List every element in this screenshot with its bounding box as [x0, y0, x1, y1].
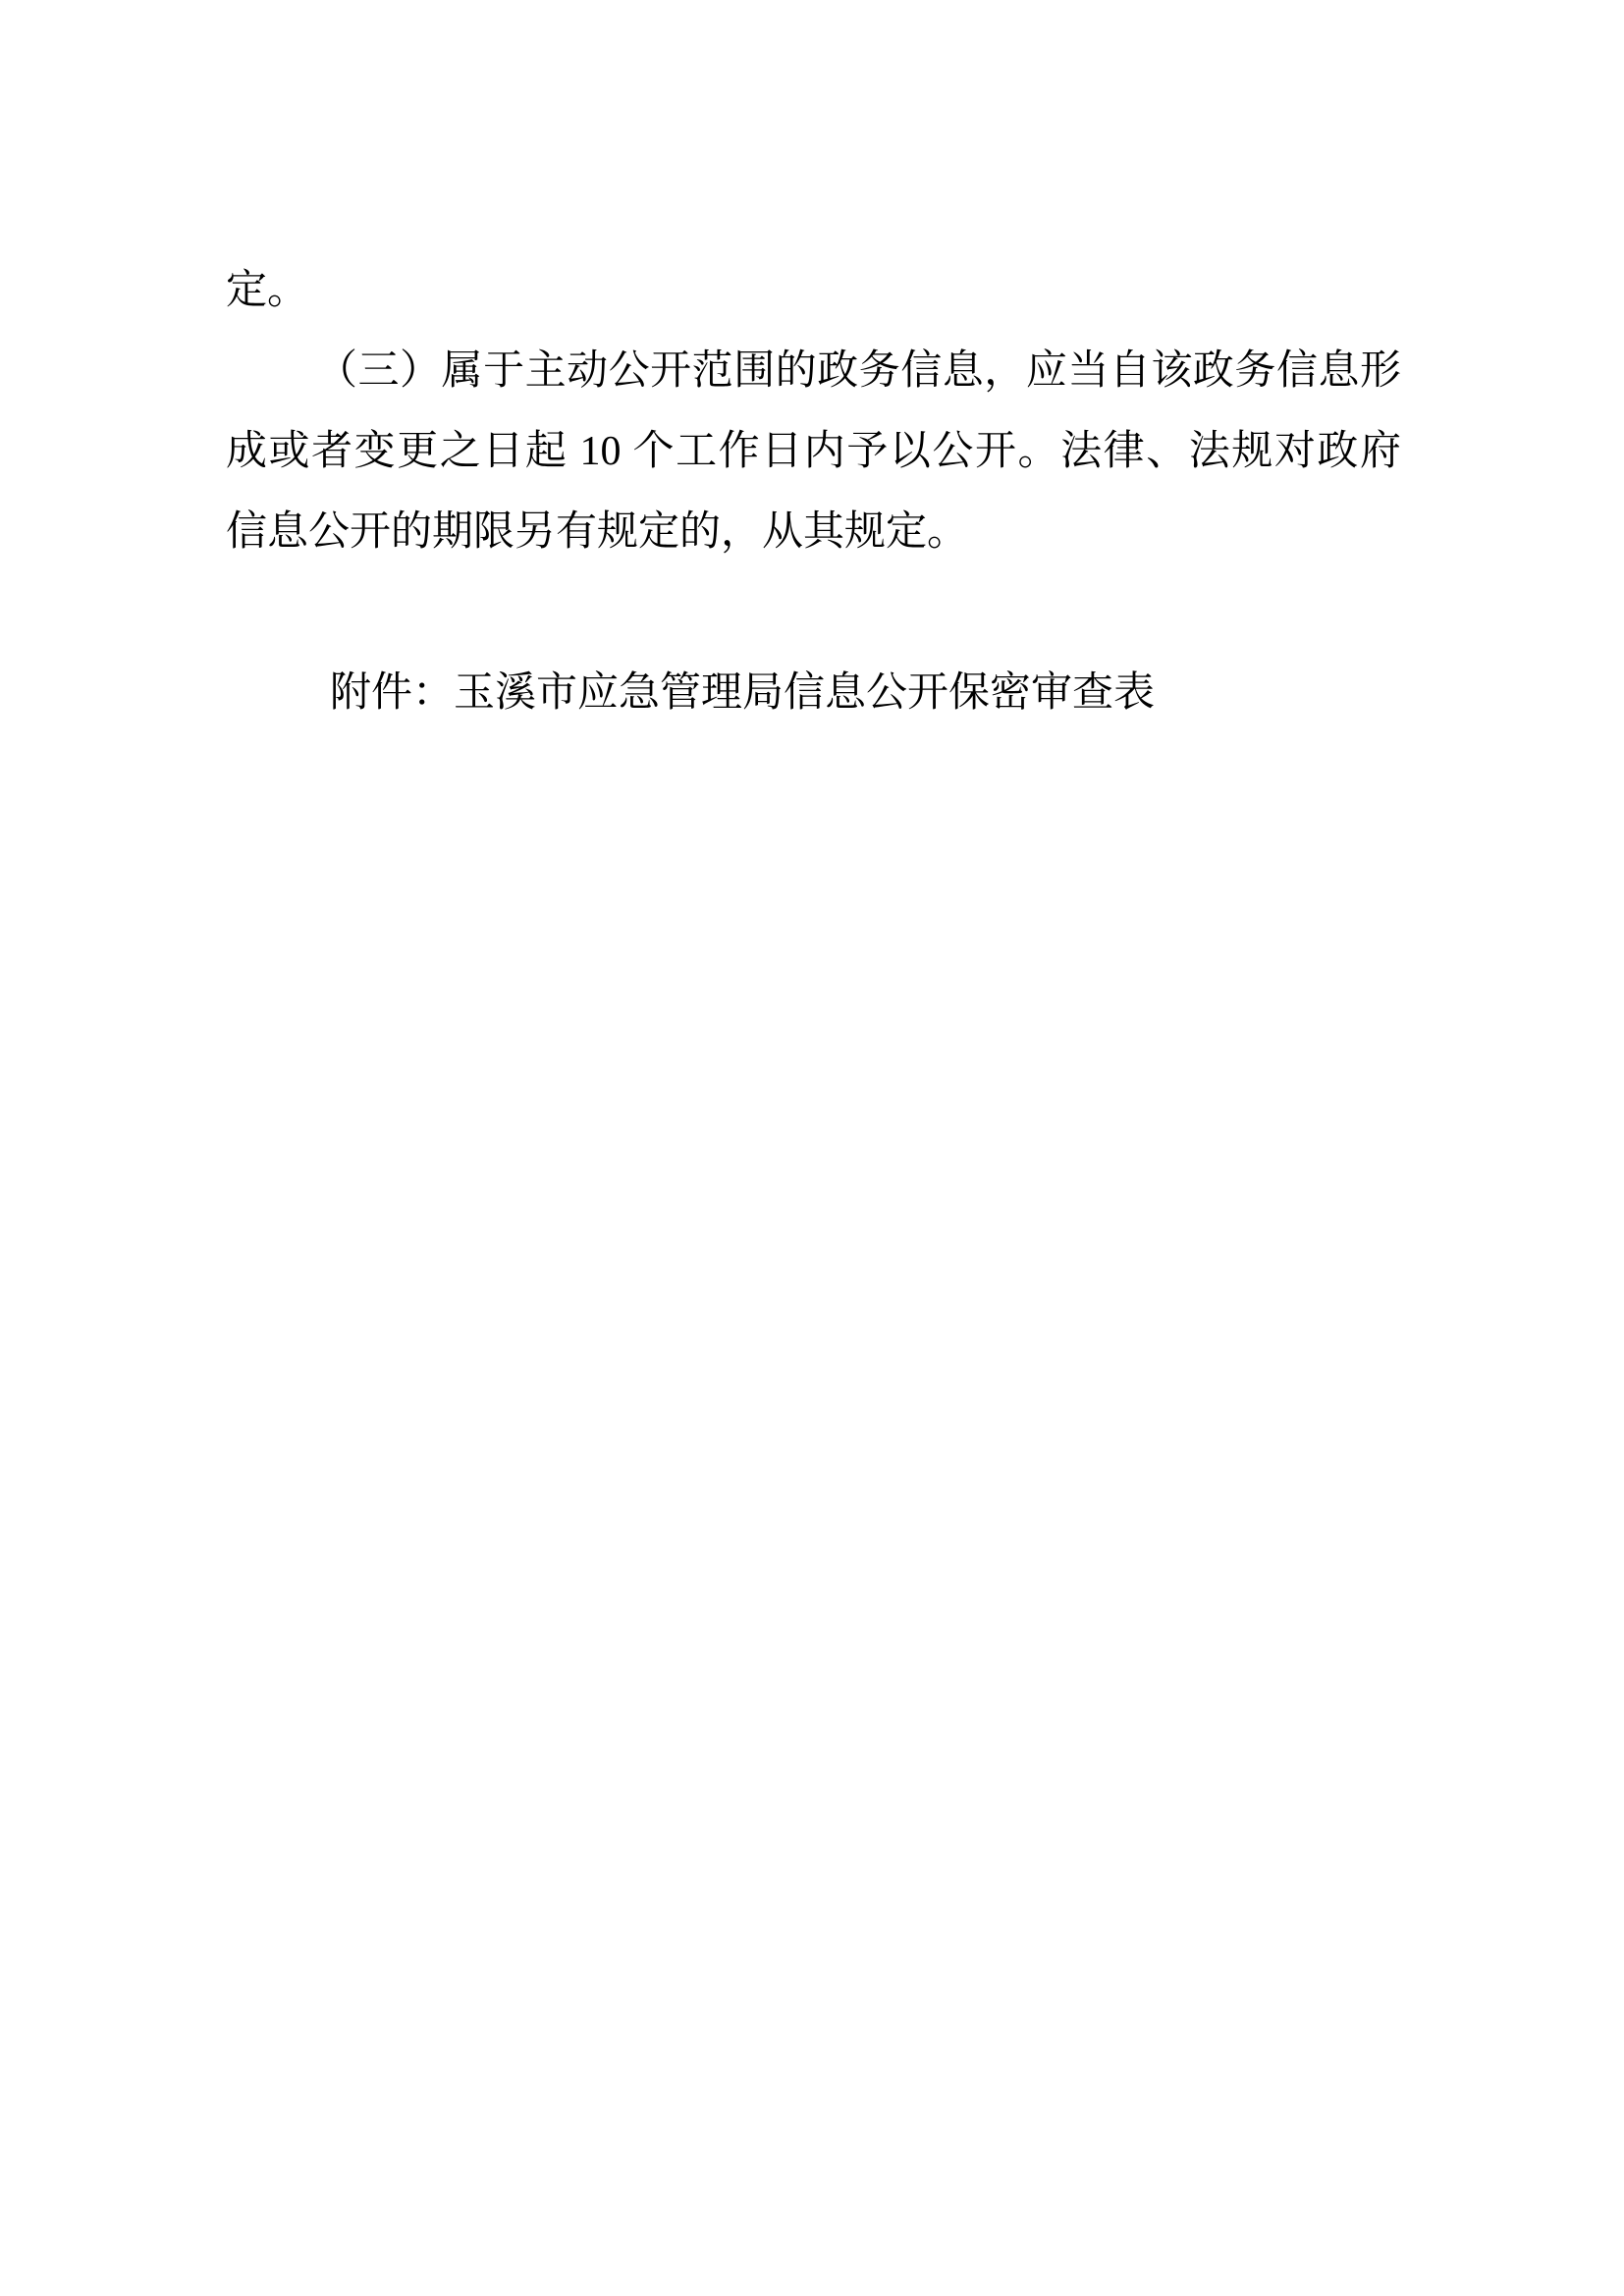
document-page: 定。 （三）属于主动公开范围的政务信息，应当自该政务信息形 成或者变更之日起 1… — [0, 0, 1624, 2296]
text-line-item-three-start: （三）属于主动公开范围的政务信息，应当自该政务信息形 — [226, 331, 1401, 411]
text-line-item-three-middle: 成或者变更之日起 10 个工作日内予以公开。法律、法规对政府 — [226, 411, 1401, 492]
text-line-paragraph-end: 定。 — [226, 250, 1401, 331]
blank-line — [226, 572, 1401, 653]
text-line-item-three-end: 信息公开的期限另有规定的，从其规定。 — [226, 492, 1401, 572]
document-text-block: 定。 （三）属于主动公开范围的政务信息，应当自该政务信息形 成或者变更之日起 1… — [226, 250, 1401, 733]
attachment-reference-line: 附件：玉溪市应急管理局信息公开保密审查表 — [226, 653, 1401, 733]
